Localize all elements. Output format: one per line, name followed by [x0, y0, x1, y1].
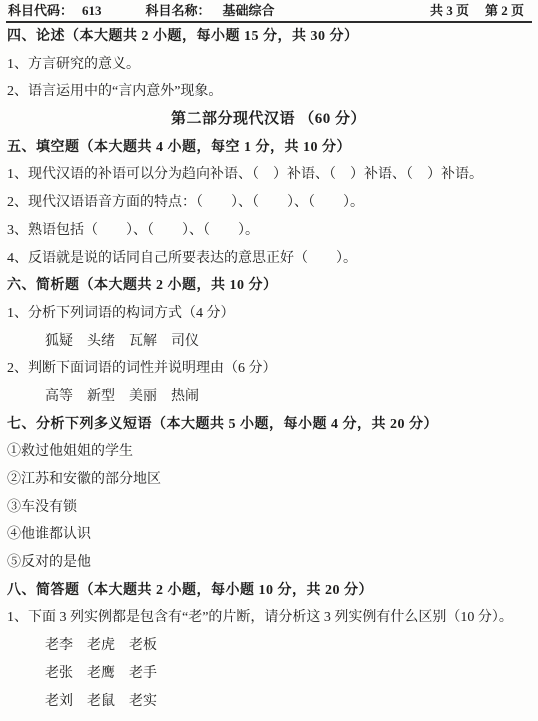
section5-heading: 五、填空题（本大题共 4 小题，每空 1 分，共 10 分） — [7, 134, 530, 162]
section4-question-2: 2、语言运用中的“言内意外”现象。 — [7, 78, 530, 106]
section5-question-4: 4、反语就是说的话同自己所要表达的意思正好（ ）。 — [7, 245, 530, 273]
section8-word-row-2: 老张 老鹰 老手 — [7, 660, 530, 688]
subject-name-value: 基础综合 — [223, 4, 275, 18]
exam-paper-page: 科目代码： 613 科目名称： 基础综合 共 3 页 第 2 页 四、论述（本大… — [0, 0, 538, 721]
total-pages-label: 共 3 页 — [430, 4, 469, 18]
section7-phrase-5: ⑤反对的是他 — [7, 549, 530, 577]
section7-phrase-3: ③车没有锁 — [7, 494, 530, 522]
section4-question-1: 1、方言研究的意义。 — [7, 51, 530, 79]
section7-phrase-4: ④他谁都认识 — [7, 521, 530, 549]
subject-name-label: 科目名称： — [146, 4, 211, 18]
current-page-label: 第 2 页 — [485, 4, 524, 18]
subject-code-label: 科目代码： — [8, 4, 73, 18]
section6-question-1: 1、分析下列词语的构词方式（4 分） — [7, 300, 530, 328]
section7-heading: 七、分析下列多义短语（本大题共 5 小题，每小题 4 分，共 20 分） — [7, 411, 530, 439]
section6-heading: 六、简析题（本大题共 2 小题，共 10 分） — [7, 272, 530, 300]
section6-q1-word-list: 狐疑 头绪 瓦解 司仪 — [7, 328, 530, 356]
section8-word-row-1: 老李 老虎 老板 — [7, 632, 530, 660]
section8-question-1: 1、下面 3 列实例都是包含有“老”的片断，请分析这 3 列实例有什么区别（10… — [7, 604, 530, 632]
exam-header: 科目代码： 613 科目名称： 基础综合 共 3 页 第 2 页 — [6, 0, 532, 23]
exam-body: 四、论述（本大题共 2 小题，每小题 15 分，共 30 分） 1、方言研究的意… — [0, 23, 538, 715]
subject-code-value: 613 — [82, 4, 102, 18]
section8-word-row-3: 老刘 老鼠 老实 — [7, 688, 530, 716]
section5-question-2: 2、现代汉语语音方面的特点：（ ）、（ ）、（ ）。 — [7, 189, 530, 217]
section4-heading: 四、论述（本大题共 2 小题，每小题 15 分，共 30 分） — [7, 23, 530, 51]
section6-question-2: 2、判断下面词语的词性并说明理由（6 分） — [7, 355, 530, 383]
section5-question-3: 3、熟语包括（ ）、（ ）、（ ）。 — [7, 217, 530, 245]
part2-heading: 第二部分现代汉语 （60 分） — [7, 106, 530, 134]
section5-question-1: 1、现代汉语的补语可以分为趋向补语、（ ）补语、（ ）补语、（ ）补语。 — [7, 161, 530, 189]
section7-phrase-1: ①救过他姐姐的学生 — [7, 438, 530, 466]
section8-heading: 八、简答题（本大题共 2 小题，每小题 10 分，共 20 分） — [7, 577, 530, 605]
section6-q2-word-list: 高等 新型 美丽 热闹 — [7, 383, 530, 411]
section7-phrase-2: ②江苏和安徽的部分地区 — [7, 466, 530, 494]
